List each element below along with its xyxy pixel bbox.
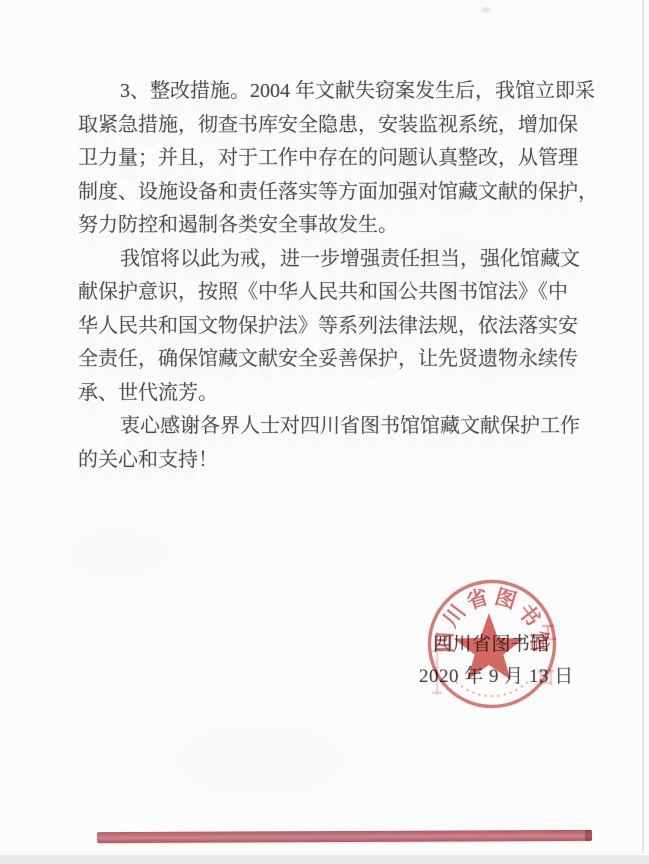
seal-bottom-mark: ∗ [496,693,501,699]
scanned-document-page: 3、整改措施。2004 年文献失窃案发生后，我馆立即采取紧急措施，彻查书库安全隐… [0,0,649,864]
seal-bottom-mark: ∗ [458,684,465,691]
seal-bottom-mark: ∗ [470,690,476,697]
text-line: 衷心感谢各界人士对四川省图书馆馆藏文献保护工作 [78,410,567,444]
text-line: 华人民共和国文物保护法》等系列法律法规，依法落实安 [78,310,567,344]
seal-bottom-mark: ∗ [476,692,481,699]
seal-bottom-mark: ∗ [514,687,520,694]
text-line: 卫力量；并且，对于工作中存在的问题认真整改，从管理 [78,142,567,176]
seal-bottom-mark: ∗ [464,687,470,694]
scan-edge-strip [0,855,649,864]
scan-artifact-bar [97,830,592,843]
seal-ghost-mark [430,646,444,698]
seal-bottom-mark: ∗ [483,693,488,699]
text-line: 全责任，确保馆藏文献安全妥善保护，让先贤遗物永续传 [78,343,567,377]
seal-arc-char: 图 [492,585,519,614]
text-line: 制度、设施设备和责任落实等方面加强对馆藏文献的保护， [78,176,567,210]
text-line: 取紧急措施，彻查书库安全隐患，安装监视系统，增加保 [78,109,567,143]
seal-ghost-mark [536,666,556,688]
scan-smudge [481,7,490,13]
text-line: 我馆将以此为戒，进一步增强责任担当，强化馆藏文 [78,243,567,277]
seal-bottom-mark: ∗ [524,680,531,687]
text-line: 献保护意识，按照《中华人民共和国公共图书馆法》《中 [78,276,567,310]
seal-star-icon [454,613,524,680]
scan-artifact-line [642,0,644,853]
text-line: 3、整改措施。2004 年文献失窃案发生后，我馆立即采 [78,75,567,109]
seal-bottom-mark: ∗ [508,690,514,697]
seal-ghost-mark [540,622,556,642]
official-seal: 四川省图书馆∗∗∗∗∗∗∗∗∗∗∗∗∗ [424,576,560,712]
seal-bottom-mark: ∗ [502,692,507,699]
document-body: 3、整改措施。2004 年文献失窃案发生后，我馆立即采取紧急措施，彻查书库安全隐… [78,75,567,478]
text-line: 承、世代流芳。 [78,377,567,411]
text-line: 努力防控和遏制各类安全事故发生。 [78,209,567,243]
text-line: 的关心和支持！ [78,444,567,478]
seal-bottom-mark: ∗ [490,694,494,700]
seal-arc-char: 省 [464,585,491,614]
